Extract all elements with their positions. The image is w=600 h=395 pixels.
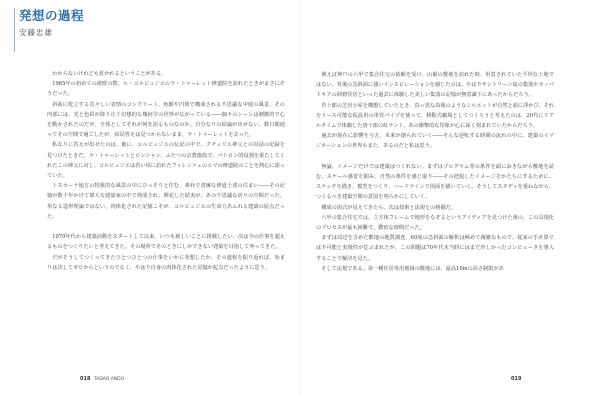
article-heading: 発想の過程 安藤忠雄	[14, 8, 84, 52]
author-name: 安藤忠雄	[19, 27, 84, 38]
paragraph: わからないけれども惹かれるということがある。	[47, 69, 285, 79]
paragraph: 例えば神戸の六甲で集合住宅の依頼を受け、山裾の敷地を訪れた時、用意されていた平坦…	[316, 70, 554, 101]
paragraph: 無論、イメージだけでは建築はつくれない。まずはプログラム等の条件を頭におきながら…	[316, 162, 554, 203]
left-page-body: わからないけれども惹かれるということがある。 1965年の初めての渡欧の際、ル・…	[47, 69, 285, 273]
right-page-body: 例えば神戸の六甲で集合住宅の依頼を受け、山裾の敷地を訪れた時、用意されていた平坦…	[316, 70, 554, 274]
paragraph: 1965年の初めての渡欧の際、ル・コルビュジエのラ・トゥーレット修道院を訪れたと…	[47, 79, 285, 99]
page-number: 018	[80, 376, 90, 382]
paragraph: まずは周辺を含めた敷地の地質調査、60度の急斜面の解析は極めて複雑なもので、従来…	[316, 233, 554, 264]
page-gutter	[299, 0, 301, 395]
paragraph: 若十郎の芝居小屋を構想していたとき、真っ黒な鳥城のようなシルエットが自然と頭に浮…	[316, 101, 554, 132]
paragraph: そして法規である。第一種住居専用地域の敷地には、最高10mの高さ制限があ	[316, 264, 554, 274]
paragraph: 私なりに答えが出せたのは、後に、コルビュジエの伝記の中で、クチュリエ神父との対話…	[47, 140, 285, 181]
paragraph: だがそうしてつくってきたひとつひとつの仕事をいかに発想したか、その道程を振り返れ…	[47, 253, 285, 273]
page-number: 019	[511, 376, 521, 382]
paragraph: 過去が現在に影響を与え、未来が創られていく――そんな逆転する時間の流れの中に、建…	[316, 131, 554, 151]
book-spread: 発想の過程 安藤忠雄 わからないけれども惹かれるということがある。 1965年の…	[0, 0, 600, 395]
paragraph: 斜面に屹立する荒々しい表情のコンクリート、角錐や円筒で構成される不思議な中庭の風…	[47, 100, 285, 141]
left-page-folio: 018 TADAO ANDO	[80, 376, 124, 382]
paragraph: 構成の図式が見えてきたら、次は技術と法規との格闘だ。	[316, 203, 554, 213]
running-footer: TADAO ANDO	[94, 377, 124, 382]
right-page-folio: 019	[511, 376, 523, 382]
paragraph: 1970年代から建築活動をスタートして以来、いつも新しいことに挑戦したい、次は今…	[47, 232, 285, 252]
article-title: 発想の過程	[19, 8, 84, 24]
paragraph: トスカーナ地方の牧歌的な風景の中にひっそりと佇む、素朴で清廉な修道士達の住まい―…	[47, 181, 285, 222]
paragraph: 六甲の集合住宅では、立方体フレームで地形をなぞるというアイディアを見つけた後の、…	[316, 213, 554, 233]
